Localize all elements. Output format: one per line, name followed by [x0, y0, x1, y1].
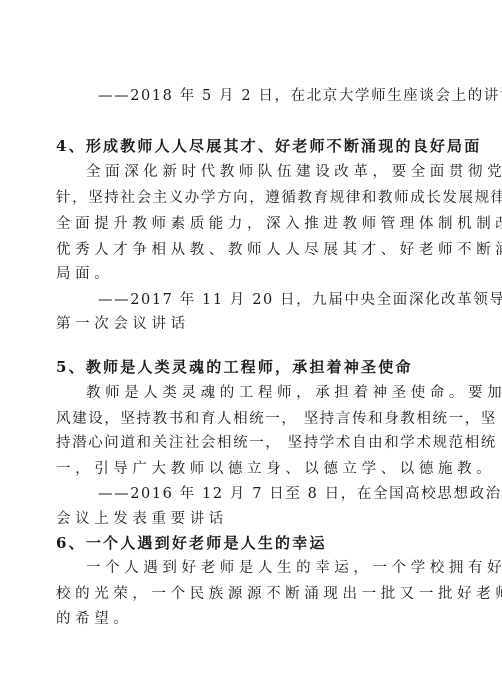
section-4-line-5: 局面。 — [56, 264, 113, 284]
section-4-line-1: 全面深化新时代教师队伍建设改革，要全面贯彻党的教育方 — [86, 162, 502, 182]
section-4-heading: 4、形成教师人人尽展其才、好老师不断涌现的良好局面 — [56, 136, 481, 156]
section-6-line-3: 的希望。 — [56, 609, 132, 629]
section-4-source-2: 第一次会议讲话 — [56, 314, 190, 334]
section-5-source-2: 会议上发表重要讲话 — [56, 509, 228, 529]
section-4-line-2: 针，坚持社会主义办学方向，遵循教育规律和教师成长发展规律， — [56, 188, 502, 208]
section-5-heading: 5、教师是人类灵魂的工程师，承担着神圣使命 — [56, 357, 413, 377]
quote-source-2018: ——2018 年 5 月 2 日，在北京大学师生座谈会上的讲话 — [98, 86, 502, 106]
section-6-line-2: 校的光荣，一个民族源源不断涌现出一批又一批好老师则是民族 — [56, 584, 502, 604]
section-4-line-4: 优秀人才争相从教、教师人人尽展其才、好老师不断涌现的良好 — [56, 240, 502, 260]
section-5-line-3: 持潜心问道和关注社会相统一， 坚持学术自由和学术规范相统 — [56, 433, 497, 453]
section-5-line-2: 风建设，坚持教书和育人相统一， 坚持言传和身教相统一，坚 — [56, 409, 497, 429]
section-5-source-1: ——2016 年 12 月 7 日至 8 日，在全国高校思想政治工作 — [98, 484, 502, 504]
section-5-line-4: 一，引导广大教师以德立身、以德立学、以德施教。 — [56, 459, 495, 479]
section-5-line-1: 教师是人类灵魂的工程师，承担着神圣使命。要加强师德师 — [86, 383, 502, 403]
section-6-heading: 6、一个人遇到好老师是人生的幸运 — [56, 533, 327, 553]
section-4-line-3: 全面提升教师素质能力，深入推进教师管理体制机制改革，形成 — [56, 214, 502, 234]
section-6-line-1: 一个人遇到好老师是人生的幸运，一个学校拥有好老师是学 — [86, 558, 502, 578]
section-4-source-1: ——2017 年 11 月 20 日，九届中央全面深化改革领导小组 — [98, 290, 502, 310]
